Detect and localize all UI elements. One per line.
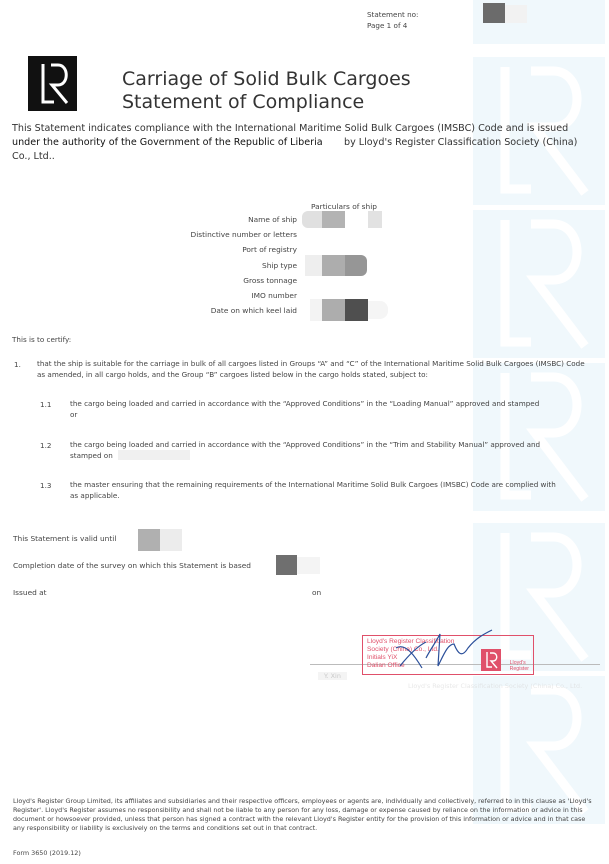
certify-lead: This is to certify:	[12, 335, 71, 344]
valid-until-label: This Statement is valid until	[13, 534, 116, 543]
redacted-statement-number	[483, 3, 505, 23]
item-1-text: that the ship is suitable for the carria…	[37, 358, 587, 380]
item-1-2-number: 1.2	[40, 441, 51, 450]
intro-part-1: This Statement indicates compliance with…	[12, 123, 568, 134]
watermark-lr-icon	[473, 210, 605, 358]
intro-part-4: Co., Ltd..	[12, 151, 55, 162]
redacted-valid-until	[138, 529, 160, 551]
redacted-ship-name	[368, 211, 382, 228]
issued-at-label: Issued at	[13, 588, 47, 597]
intro-part-3: by Lloyd's Register Classification Socie…	[344, 137, 577, 148]
stamp-brand: Lloyd's Register	[510, 660, 529, 672]
page-indicator: Page 1 of 4	[367, 21, 407, 32]
item-1-3-number: 1.3	[40, 481, 51, 490]
redacted-stamp-date	[118, 450, 190, 460]
field-label-ship-type: Ship type	[262, 261, 297, 270]
field-label-imo-number: IMO number	[251, 291, 297, 300]
redacted-ship-type	[322, 255, 345, 276]
item-1-1-text: the cargo being loaded and carried in ac…	[70, 398, 590, 420]
liability-disclaimer: Lloyd's Register Group Limited, its affi…	[13, 797, 598, 833]
intro-authority: under the authority of the Government of…	[12, 137, 323, 148]
item-1-1-line: the cargo being loaded and carried in ac…	[70, 398, 590, 409]
signatory-organisation: Lloyd's Register Classification Society …	[408, 682, 582, 690]
redacted-keel-date	[310, 299, 322, 321]
document-title: Carriage of Solid Bulk Cargoes Statement…	[122, 68, 411, 114]
completion-date-label: Completion date of the survey on which t…	[13, 561, 251, 570]
redacted-completion-date	[276, 555, 297, 575]
redacted-keel-date	[322, 299, 345, 321]
signatory-name: Y. Xin	[318, 672, 347, 680]
field-label-name-of-ship: Name of ship	[248, 215, 297, 224]
field-label-distinctive-number: Distinctive number or letters	[191, 230, 297, 239]
title-line-2: Statement of Compliance	[122, 91, 411, 114]
item-1-3-line: the master ensuring that the remaining r…	[70, 479, 600, 490]
redacted-ship-type	[345, 255, 367, 276]
item-1-1-tail: or	[70, 409, 590, 420]
item-1-1-number: 1.1	[40, 400, 51, 409]
redacted-ship-name	[302, 211, 322, 228]
title-line-1: Carriage of Solid Bulk Cargoes	[122, 68, 411, 91]
redacted-statement-number	[505, 5, 527, 23]
statement-number-label: Statement no:	[367, 10, 418, 21]
redacted-completion-date	[297, 557, 320, 574]
signature-icon	[392, 628, 497, 673]
field-label-port-of-registry: Port of registry	[242, 245, 297, 254]
issued-on-label: on	[312, 588, 321, 597]
redacted-ship-name	[322, 211, 345, 228]
redacted-valid-until	[160, 529, 182, 551]
intro-paragraph: This Statement indicates compliance with…	[12, 122, 597, 164]
redacted-keel-date	[368, 301, 388, 319]
lr-logo	[28, 56, 77, 111]
particulars-heading: Particulars of ship	[311, 202, 377, 211]
item-1-3-text: the master ensuring that the remaining r…	[70, 479, 600, 501]
item-1-number: 1.	[14, 360, 21, 369]
redacted-ship-type	[305, 255, 322, 276]
item-1-3-tail: as applicable.	[70, 490, 600, 501]
field-label-keel-laid: Date on which keel laid	[211, 306, 297, 315]
field-label-gross-tonnage: Gross tonnage	[243, 276, 297, 285]
stamp-brand-line-2: Register	[510, 666, 529, 672]
item-1-2-line: the cargo being loaded and carried in ac…	[70, 439, 590, 450]
redacted-keel-date	[345, 299, 368, 321]
form-number: Form 3650 (2019.12)	[13, 849, 81, 858]
